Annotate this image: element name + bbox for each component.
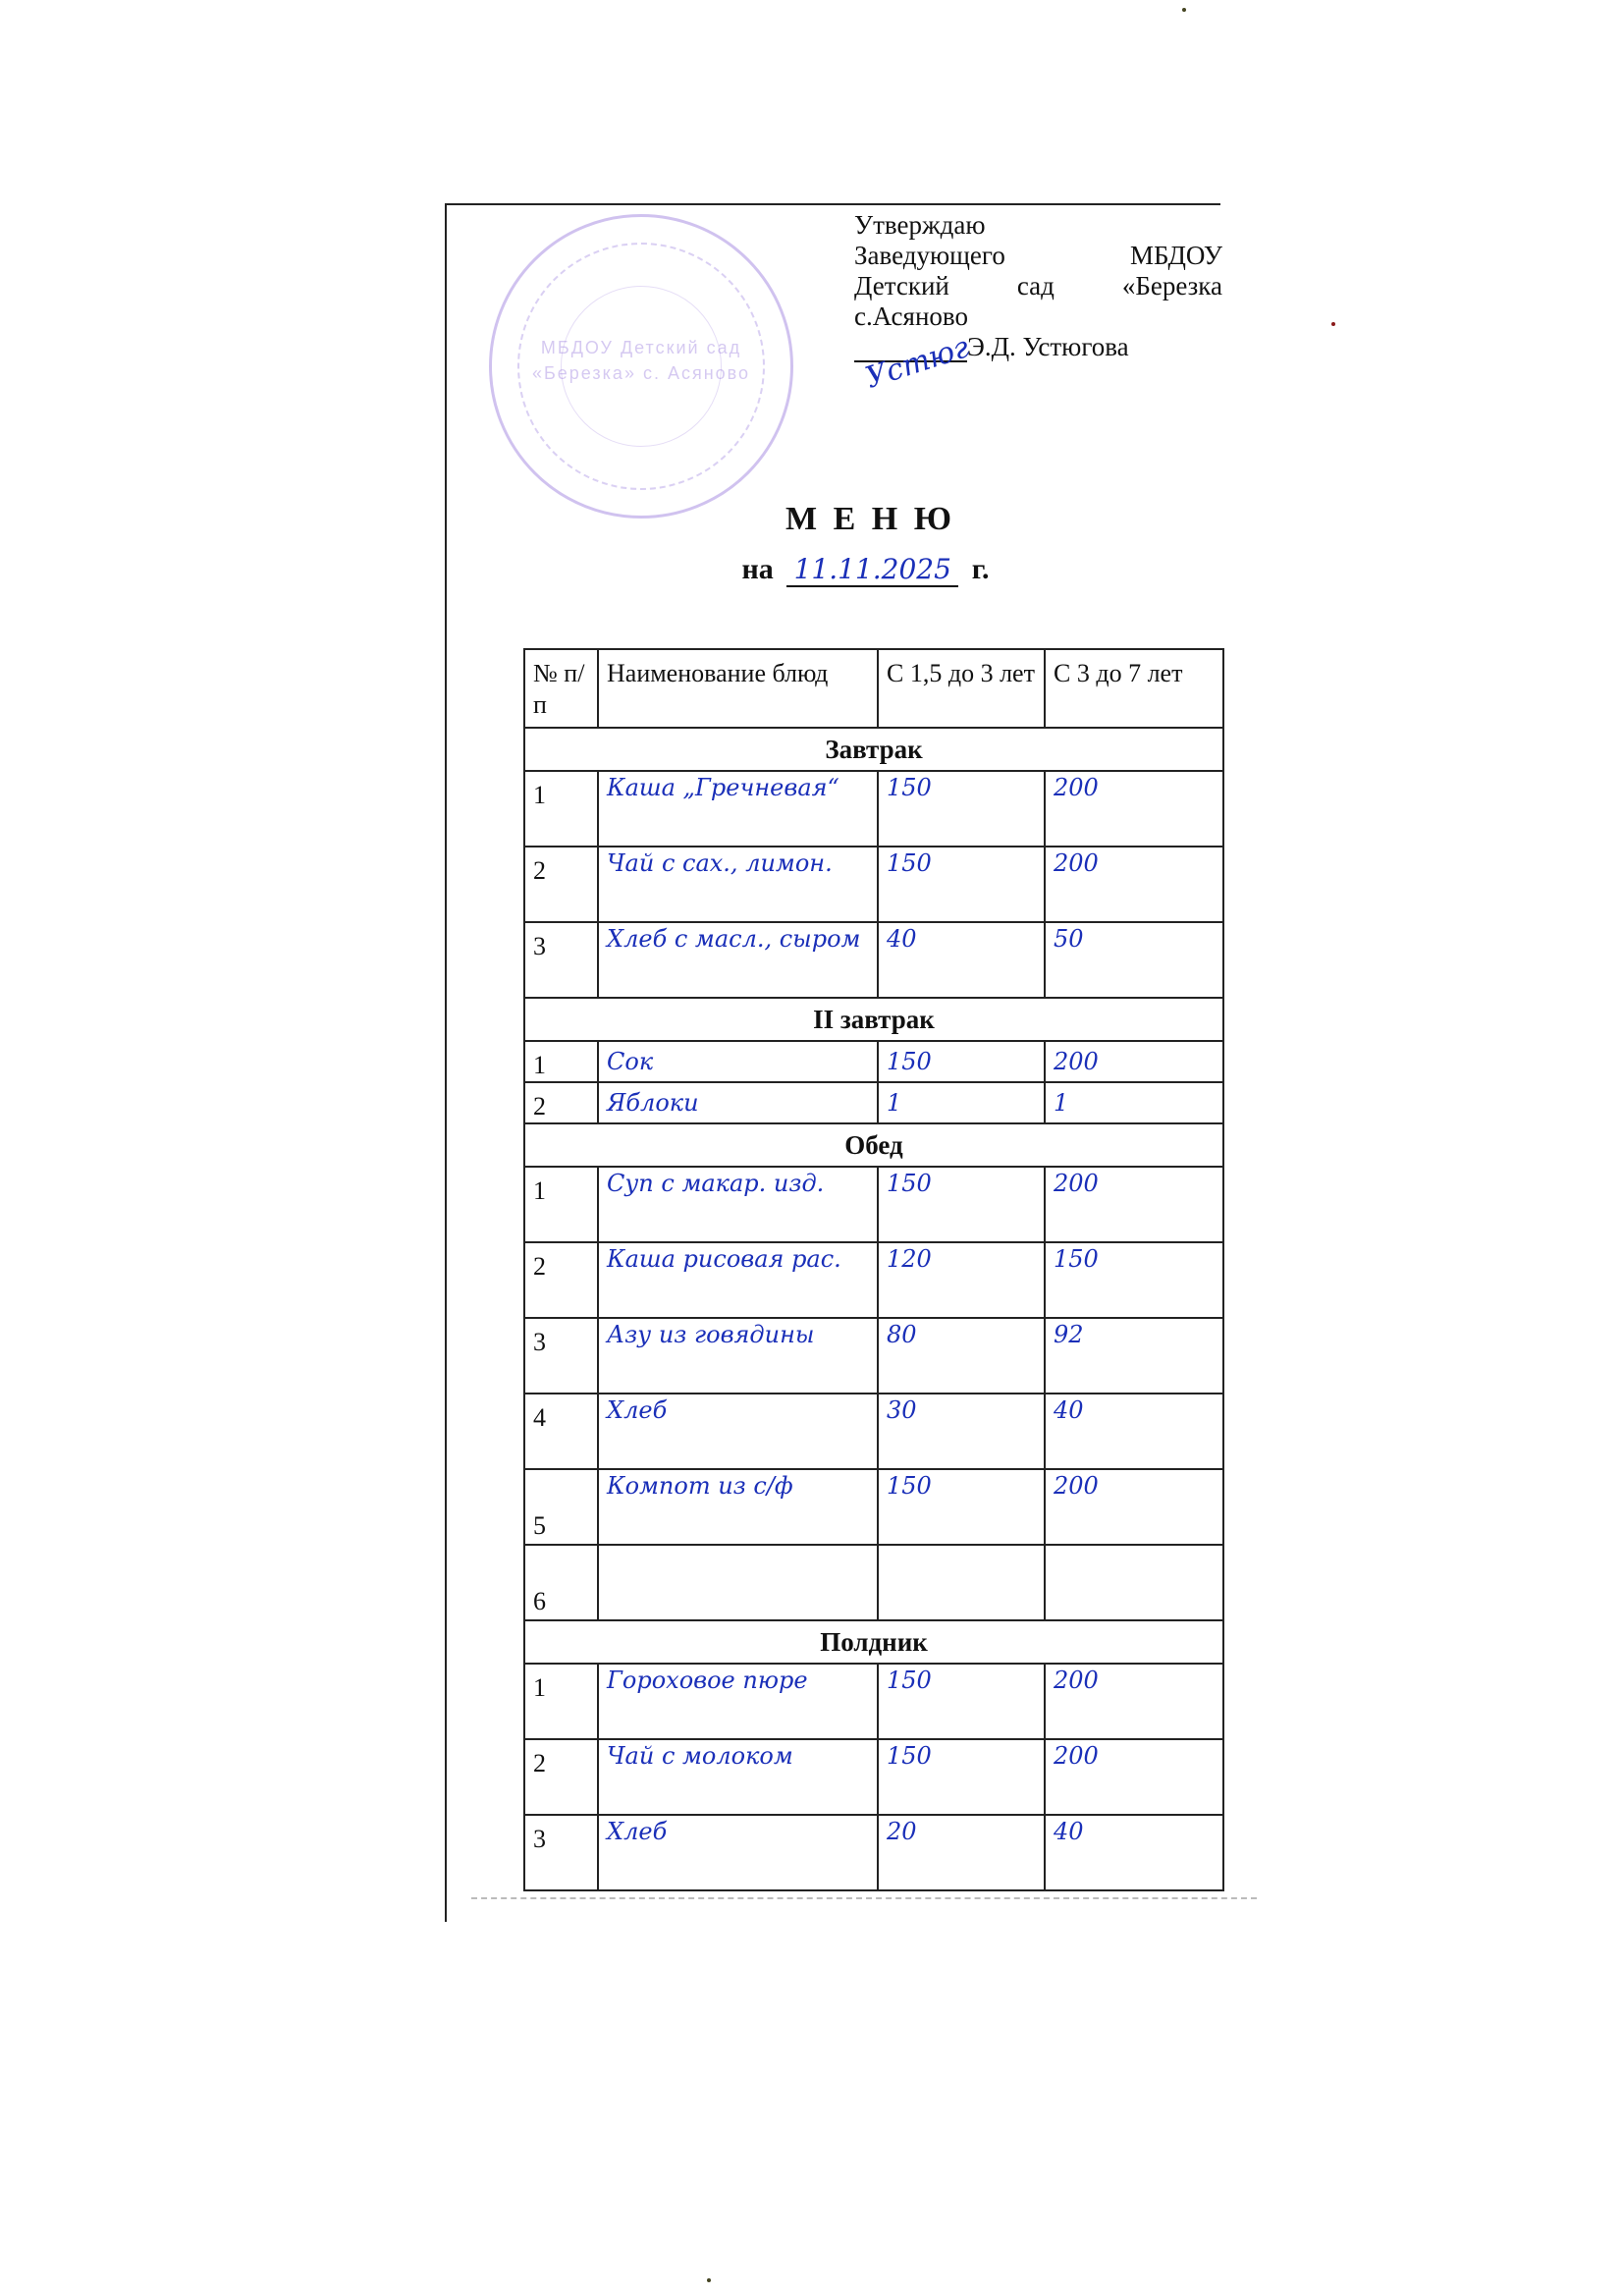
approval-position-title: Заведующего xyxy=(854,241,1005,271)
table-row: 1Сок150200 xyxy=(524,1041,1223,1082)
table-row: 3Хлеб2040 xyxy=(524,1815,1223,1890)
org-name-part-3: «Березка xyxy=(1122,271,1222,301)
table-row: 2Яблоки11 xyxy=(524,1082,1223,1123)
table-row: 1Каша „Гречневая“150200 xyxy=(524,771,1223,847)
row-number: 1 xyxy=(524,1664,598,1739)
header-dish-name: Наименование блюд xyxy=(598,649,878,728)
portion-age-1-5-3: 150 xyxy=(878,1664,1045,1739)
portion-age-3-7: 40 xyxy=(1045,1815,1223,1890)
row-number: 6 xyxy=(524,1545,598,1620)
portion-age-1-5-3: 150 xyxy=(878,1167,1045,1242)
table-row: 3Хлеб с масл., сыром4050 xyxy=(524,922,1223,998)
signatory-name: Э.Д. Устюгова xyxy=(967,332,1129,361)
portion-age-1-5-3: 150 xyxy=(878,1041,1045,1082)
dish-name: Чай с сах., лимон. xyxy=(598,847,878,922)
stamp-text: МБДОУ Детский сад «Березка» с. Асяново xyxy=(492,335,790,386)
row-number: 1 xyxy=(524,1041,598,1082)
portion-age-3-7: 200 xyxy=(1045,771,1223,847)
table-header-row: № п/п Наименование блюд С 1,5 до 3 лет С… xyxy=(524,649,1223,728)
portion-age-3-7: 200 xyxy=(1045,1041,1223,1082)
dish-name: Каша рисовая рас. xyxy=(598,1242,878,1318)
portion-age-1-5-3: 120 xyxy=(878,1242,1045,1318)
row-number: 3 xyxy=(524,922,598,998)
dish-name: Хлеб xyxy=(598,1394,878,1469)
row-number: 4 xyxy=(524,1394,598,1469)
dish-name xyxy=(598,1545,878,1620)
date-prefix: на xyxy=(741,553,773,585)
portion-age-1-5-3: 150 xyxy=(878,1739,1045,1815)
approval-organization: Детский сад «Березка xyxy=(854,271,1222,301)
row-number: 2 xyxy=(524,1242,598,1318)
portion-age-3-7: 200 xyxy=(1045,847,1223,922)
table-row: 1Суп с макар. изд.150200 xyxy=(524,1167,1223,1242)
page-frame-left-line xyxy=(445,203,447,1922)
header-age-1-5-3: С 1,5 до 3 лет xyxy=(878,649,1045,728)
table-row: 2Чай с молоком150200 xyxy=(524,1739,1223,1815)
header-number: № п/п xyxy=(524,649,598,728)
portion-age-3-7 xyxy=(1045,1545,1223,1620)
row-number: 2 xyxy=(524,847,598,922)
section-title: II завтрак xyxy=(524,998,1223,1041)
row-number: 2 xyxy=(524,1739,598,1815)
portion-age-3-7: 1 xyxy=(1045,1082,1223,1123)
section-header-row: Завтрак xyxy=(524,728,1223,771)
scan-speck xyxy=(707,2278,711,2282)
menu-table: № п/п Наименование блюд С 1,5 до 3 лет С… xyxy=(523,648,1224,1891)
portion-age-1-5-3: 30 xyxy=(878,1394,1045,1469)
menu-table-body: Завтрак1Каша „Гречневая“1502002Чай с сах… xyxy=(524,728,1223,1890)
dish-name: Яблоки xyxy=(598,1082,878,1123)
dish-name: Хлеб xyxy=(598,1815,878,1890)
date-suffix: г. xyxy=(972,553,990,585)
org-name-part-2: сад xyxy=(1017,271,1055,301)
section-title: Обед xyxy=(524,1123,1223,1167)
scan-speck xyxy=(1182,8,1186,12)
row-number: 5 xyxy=(524,1469,598,1545)
row-number: 2 xyxy=(524,1082,598,1123)
portion-age-3-7: 150 xyxy=(1045,1242,1223,1318)
approval-block: Утверждаю Заведующего МБДОУ Детский сад … xyxy=(854,210,1222,362)
table-row: 5Компот из с/ф150200 xyxy=(524,1469,1223,1545)
scan-speck xyxy=(1331,322,1335,326)
official-stamp: МБДОУ Детский сад «Березка» с. Асяново xyxy=(489,214,793,519)
portion-age-3-7: 200 xyxy=(1045,1664,1223,1739)
dish-name: Азу из говядины xyxy=(598,1318,878,1394)
org-name-part-1: Детский xyxy=(854,271,949,301)
portion-age-3-7: 200 xyxy=(1045,1167,1223,1242)
row-number: 3 xyxy=(524,1815,598,1890)
dish-name: Гороховое пюре xyxy=(598,1664,878,1739)
portion-age-1-5-3: 150 xyxy=(878,771,1045,847)
portion-age-1-5-3: 40 xyxy=(878,922,1045,998)
row-number: 1 xyxy=(524,771,598,847)
portion-age-1-5-3: 150 xyxy=(878,1469,1045,1545)
section-title: Завтрак xyxy=(524,728,1223,771)
portion-age-3-7: 92 xyxy=(1045,1318,1223,1394)
approval-organization-type: МБДОУ xyxy=(1130,241,1222,271)
approval-position: Заведующего МБДОУ xyxy=(854,241,1222,271)
portion-age-1-5-3: 1 xyxy=(878,1082,1045,1123)
approval-heading: Утверждаю xyxy=(854,210,1222,241)
portion-age-1-5-3: 150 xyxy=(878,847,1045,922)
table-row: 6 xyxy=(524,1545,1223,1620)
portion-age-3-7: 200 xyxy=(1045,1739,1223,1815)
dish-name: Чай с молоком xyxy=(598,1739,878,1815)
section-header-row: Полдник xyxy=(524,1620,1223,1664)
table-row: 3Азу из говядины8092 xyxy=(524,1318,1223,1394)
dish-name: Компот из с/ф xyxy=(598,1469,878,1545)
page-frame-top-line xyxy=(445,203,1220,205)
portion-age-3-7: 40 xyxy=(1045,1394,1223,1469)
table-row: 4Хлеб3040 xyxy=(524,1394,1223,1469)
section-header-row: Обед xyxy=(524,1123,1223,1167)
dish-name: Хлеб с масл., сыром xyxy=(598,922,878,998)
row-number: 3 xyxy=(524,1318,598,1394)
table-row: 2Каша рисовая рас.120150 xyxy=(524,1242,1223,1318)
approval-village: с.Асяново xyxy=(854,301,1222,332)
portion-age-1-5-3 xyxy=(878,1545,1045,1620)
portion-age-1-5-3: 20 xyxy=(878,1815,1045,1890)
section-header-row: II завтрак xyxy=(524,998,1223,1041)
table-row: 2Чай с сах., лимон.150200 xyxy=(524,847,1223,922)
menu-date-line: на 11.11.2025 г. xyxy=(0,553,1623,587)
portion-age-1-5-3: 80 xyxy=(878,1318,1045,1394)
page-cut-edge xyxy=(471,1897,1257,1899)
section-title: Полдник xyxy=(524,1620,1223,1664)
dish-name: Суп с макар. изд. xyxy=(598,1167,878,1242)
row-number: 1 xyxy=(524,1167,598,1242)
portion-age-3-7: 50 xyxy=(1045,922,1223,998)
menu-date-handwritten: 11.11.2025 xyxy=(786,553,958,587)
document-title: М Е Н Ю xyxy=(0,501,1623,538)
table-row: 1Гороховое пюре150200 xyxy=(524,1664,1223,1739)
dish-name: Каша „Гречневая“ xyxy=(598,771,878,847)
portion-age-3-7: 200 xyxy=(1045,1469,1223,1545)
dish-name: Сок xyxy=(598,1041,878,1082)
header-age-3-7: С 3 до 7 лет xyxy=(1045,649,1223,728)
